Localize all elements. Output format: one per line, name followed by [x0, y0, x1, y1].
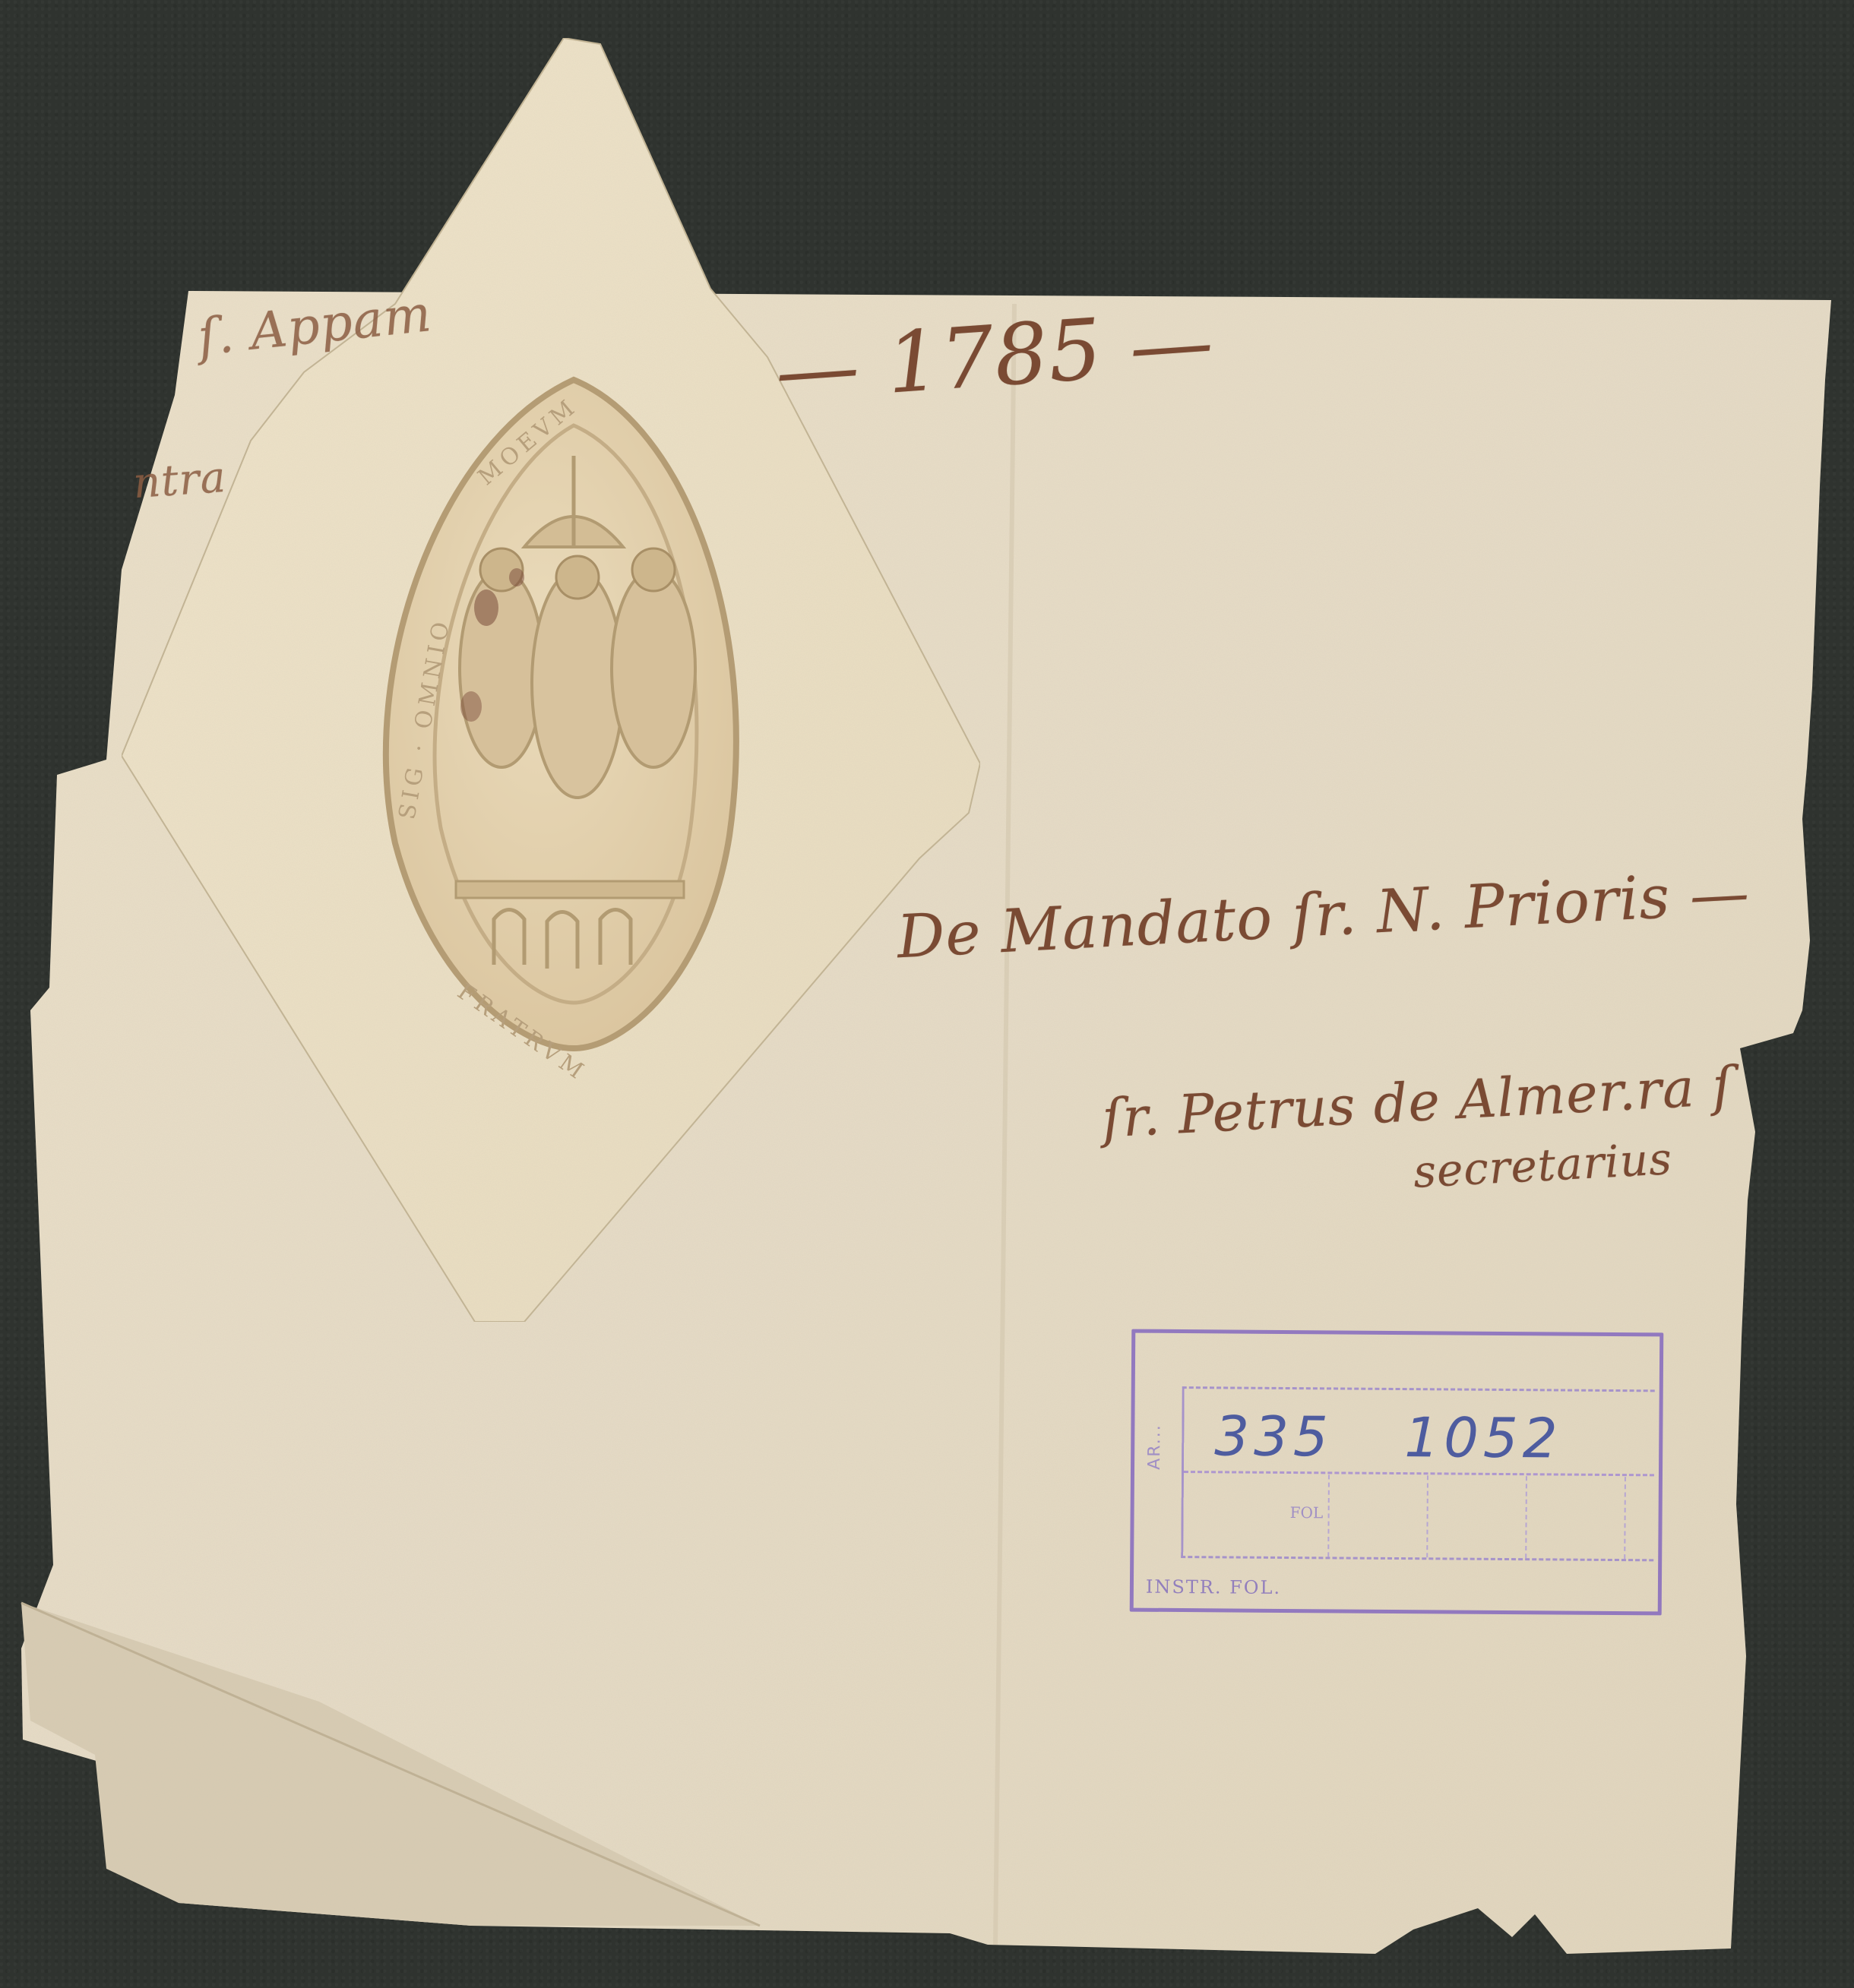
stamp-col-divider [1426, 1475, 1428, 1557]
stamp-col-divider [1525, 1476, 1527, 1558]
stamp-col-divider [1624, 1477, 1626, 1559]
stamp-grid: 335 1052 FOL [1181, 1386, 1655, 1561]
archive-stamp: AR... 335 1052 FOL INSTR. FOL. [1130, 1329, 1664, 1616]
stamp-col-divider [1327, 1474, 1330, 1557]
left-margin-note: ntra [131, 453, 228, 508]
stamp-number-left: 335 [1214, 1404, 1333, 1468]
stamp-side-label: AR... [1145, 1424, 1164, 1470]
stamp-number-right: 1052 [1404, 1405, 1562, 1470]
paper-sheets: SIG · OMNIO MOEVM FRATRVM [0, 0, 1854, 1988]
document-photo: SIG · OMNIO MOEVM FRATRVM ſ. Appam ntra … [0, 0, 1854, 1988]
stamp-fol-label: FOL [1290, 1503, 1324, 1522]
stamp-bottom-label: INSTR. FOL. [1146, 1576, 1281, 1598]
stamp-row-divider [1184, 1471, 1654, 1476]
